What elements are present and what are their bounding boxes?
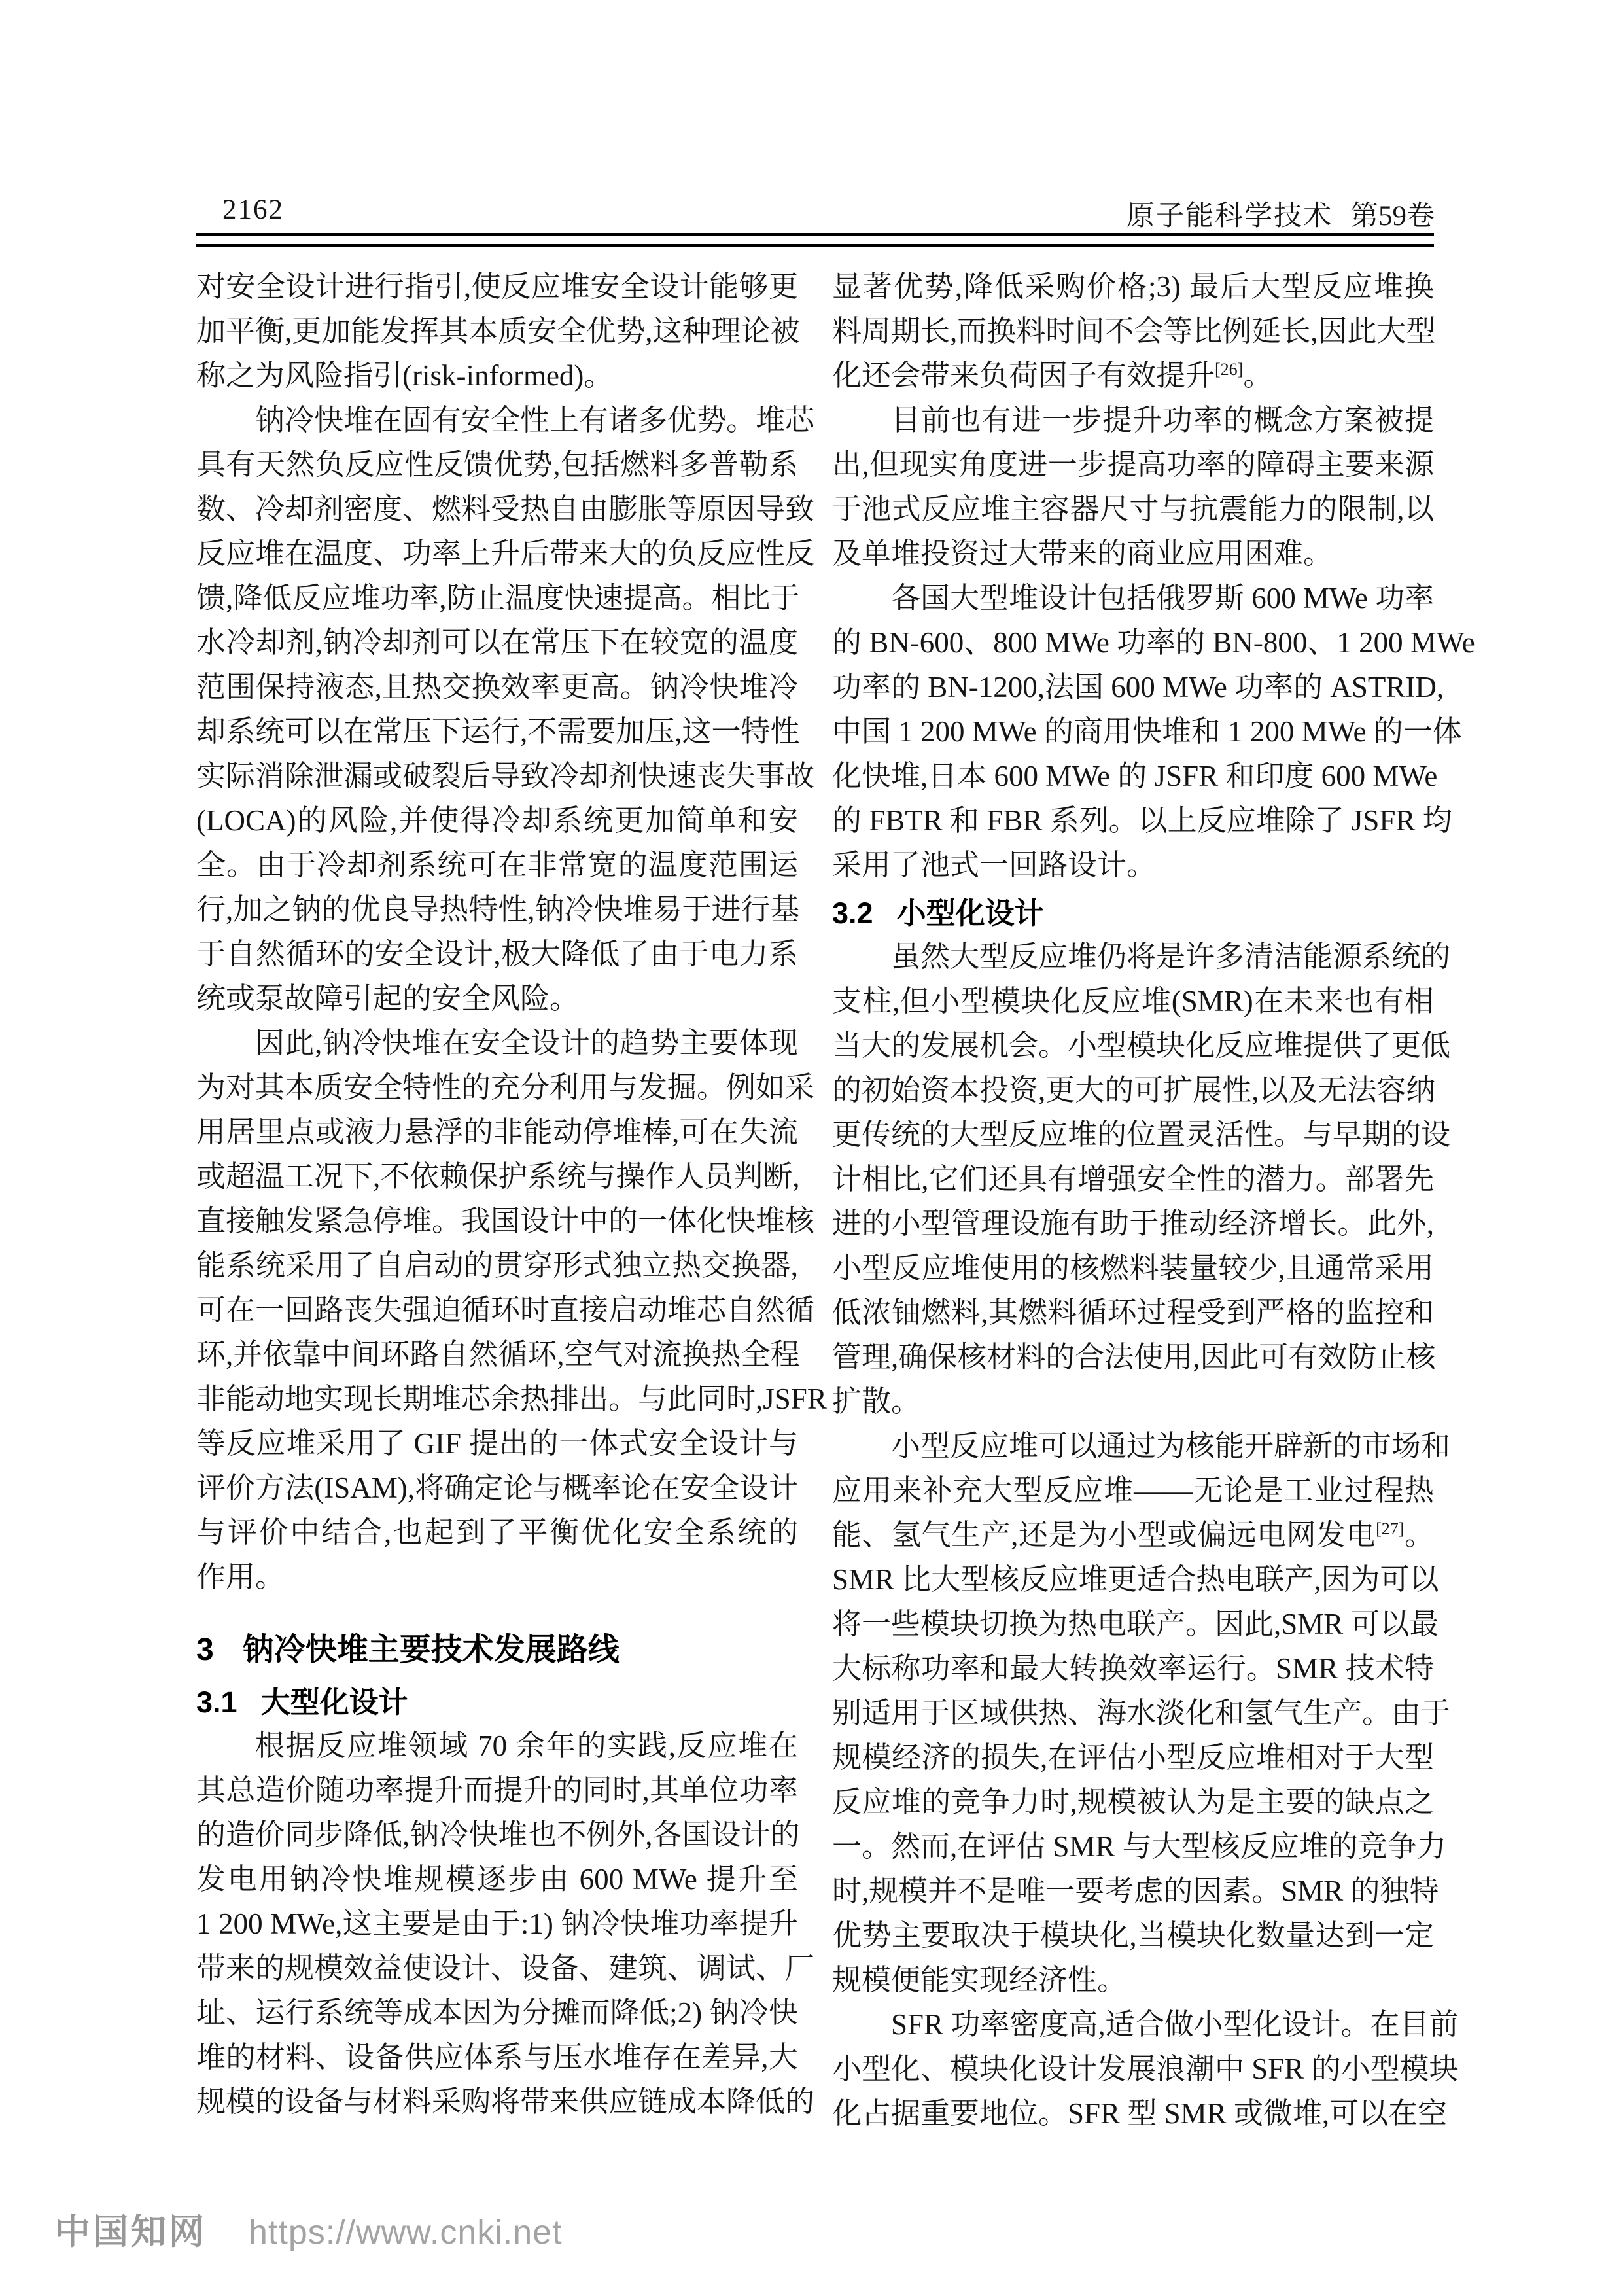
paragraph: 虽然大型反应堆仍将是许多清洁能源系统的支柱,但小型模块化反应堆(SMR)在未来也… xyxy=(832,934,1434,1424)
text-line: 当大的发展机会。小型模块化反应堆提供了更低 xyxy=(832,1023,1434,1068)
page-header: 2162 原子能科学技术 第59卷 xyxy=(0,194,1623,226)
heading-number: 3.1 xyxy=(196,1686,237,1719)
text-line: 称之为风险指引(risk-informed)。 xyxy=(196,353,798,398)
text-line: 显著优势,降低采购价格;3) 最后大型反应堆换 xyxy=(832,264,1434,309)
text-line: SMR 比大型核反应堆更适合热电联产,因为可以 xyxy=(832,1557,1434,1602)
text-line: 对安全设计进行指引,使反应堆安全设计能够更 xyxy=(196,264,798,309)
text-line: 作用。 xyxy=(196,1555,798,1599)
text-line: 低浓铀燃料,其燃料循环过程受到严格的监控和 xyxy=(832,1290,1434,1335)
text-line: 小型反应堆可以通过为核能开辟新的市场和 xyxy=(832,1424,1434,1468)
text-line: 发电用钠冷快堆规模逐步由 600 MWe 提升至 xyxy=(196,1857,798,1901)
paragraph: 根据反应堆领域 70 余年的实践,反应堆在其总造价随功率提升而提升的同时,其单位… xyxy=(196,1723,798,2124)
heading-number: 3.2 xyxy=(832,896,873,930)
text-line: 行,加之钠的优良导热特性,钠冷快堆易于进行基 xyxy=(196,887,798,932)
text-line: 化快堆,日本 600 MWe 的 JSFR 和印度 600 MWe xyxy=(832,754,1434,798)
text-line: 等反应堆采用了 GIF 提出的一体式安全设计与 xyxy=(196,1421,798,1466)
text-line: 全。由于冷却剂系统可在非常宽的温度范围运 xyxy=(196,843,798,887)
text-line: 反应堆在温度、功率上升后带来大的负反应性反 xyxy=(196,531,798,576)
column-left: 对安全设计进行指引,使反应堆安全设计能够更加平衡,更加能发挥其本质安全优势,这种… xyxy=(196,264,798,2136)
text-line: 其总造价随功率提升而提升的同时,其单位功率 xyxy=(196,1768,798,1812)
cnki-watermark: 中国知网 xyxy=(55,2204,207,2254)
text-line: 加平衡,更加能发挥其本质安全优势,这种理论被 xyxy=(196,309,798,353)
citation-superscript: [26] xyxy=(1215,360,1243,379)
text-line: 与评价中结合,也起到了平衡优化安全系统的 xyxy=(196,1510,798,1555)
text-line: 非能动地实现长期堆芯余热排出。与此同时,JSFR xyxy=(196,1377,798,1421)
text-line: 可在一回路丧失强迫循环时直接启动堆芯自然循 xyxy=(196,1288,798,1332)
text-line: 及单堆投资过大带来的商业应用困难。 xyxy=(832,531,1434,576)
text-line: 馈,降低反应堆功率,防止温度快速提高。相比于 xyxy=(196,576,798,620)
citation-superscript: [27] xyxy=(1376,1519,1404,1538)
paragraph: 因此,钠冷快堆在安全设计的趋势主要体现为对其本质安全特性的充分利用与发掘。例如采… xyxy=(196,1021,798,1599)
section-heading: 3钠冷快堆主要技术发展路线 xyxy=(196,1624,798,1676)
text-line: 将一些模块切换为热电联产。因此,SMR 可以最 xyxy=(832,1602,1434,1646)
paragraph: 目前也有进一步提升功率的概念方案被提出,但现实角度进一步提高功率的障碍主要来源于… xyxy=(832,398,1434,576)
heading-title: 钠冷快堆主要技术发展路线 xyxy=(243,1633,620,1667)
text-line: 支柱,但小型模块化反应堆(SMR)在未来也有相 xyxy=(832,979,1434,1023)
text-line: 进的小型管理设施有助于推动经济增长。此外, xyxy=(832,1201,1434,1246)
text-line: 钠冷快堆在固有安全性上有诸多优势。堆芯 xyxy=(196,398,798,442)
subsection-heading: 3.2小型化设计 xyxy=(832,892,1434,934)
paragraph: 小型反应堆可以通过为核能开辟新的市场和应用来补充大型反应堆——无论是工业过程热能… xyxy=(832,1424,1434,2002)
text-line: 时,规模并不是唯一要考虑的因素。SMR 的独特 xyxy=(832,1869,1434,1913)
text-line: 范围保持液态,且热交换效率更高。钠冷快堆冷 xyxy=(196,665,798,709)
text-line: 的造价同步降低,钠冷快堆也不例外,各国设计的 xyxy=(196,1812,798,1857)
article-body: 对安全设计进行指引,使反应堆安全设计能够更加平衡,更加能发挥其本质安全优势,这种… xyxy=(196,264,1434,2136)
text-line: 规模经济的损失,在评估小型反应堆相对于大型 xyxy=(832,1735,1434,1780)
heading-title: 大型化设计 xyxy=(261,1686,408,1719)
text-line: 一。然而,在评估 SMR 与大型核反应堆的竞争力 xyxy=(832,1824,1434,1869)
text-line: 大标称功率和最大转换效率运行。SMR 技术特 xyxy=(832,1646,1434,1691)
text-line: 带来的规模效益使设计、设备、建筑、调试、厂 xyxy=(196,1946,798,1990)
text-line: 规模的设备与材料采购将带来供应链成本降低的 xyxy=(196,2079,798,2124)
text-line: 用居里点或液力悬浮的非能动停堆棒,可在失流 xyxy=(196,1110,798,1154)
text-line: 的 FBTR 和 FBR 系列。以上反应堆除了 JSFR 均 xyxy=(832,798,1434,843)
paragraph: 显著优势,降低采购价格;3) 最后大型反应堆换料周期长,而换料时间不会等比例延长… xyxy=(832,264,1434,398)
text-line: 环,并依靠中间环路自然循环,空气对流换热全程 xyxy=(196,1332,798,1377)
text-line: 管理,确保核材料的合法使用,因此可有效防止核 xyxy=(832,1335,1434,1379)
text-line: 更传统的大型反应堆的位置灵活性。与早期的设 xyxy=(832,1112,1434,1157)
text-line: SFR 功率密度高,适合做小型化设计。在目前 xyxy=(832,2002,1434,2047)
text-line: 为对其本质安全特性的充分利用与发掘。例如采 xyxy=(196,1065,798,1110)
text-line: 1 200 MWe,这主要是由于:1) 钠冷快堆功率提升 xyxy=(196,1901,798,1946)
heading-number: 3 xyxy=(196,1633,214,1667)
column-right: 显著优势,降低采购价格;3) 最后大型反应堆换料周期长,而换料时间不会等比例延长… xyxy=(832,264,1434,2136)
text-line: 址、运行系统等成本因为分摊而降低;2) 钠冷快 xyxy=(196,1990,798,2035)
paragraph: SFR 功率密度高,适合做小型化设计。在目前小型化、模块化设计发展浪潮中 SFR… xyxy=(832,2002,1434,2136)
cnki-url: https://www.cnki.net xyxy=(249,2213,563,2252)
subsection-heading: 3.1大型化设计 xyxy=(196,1682,798,1723)
text-line: 小型反应堆使用的核燃料装量较少,且通常采用 xyxy=(832,1246,1434,1290)
text-line: 却系统可以在常压下运行,不需要加压,这一特性 xyxy=(196,709,798,754)
header-double-rule xyxy=(196,233,1434,247)
text-line: 功率的 BN-1200,法国 600 MWe 功率的 ASTRID, xyxy=(832,665,1434,709)
journal-title: 原子能科学技术 xyxy=(1126,194,1333,234)
text-line: 于池式反应堆主容器尺寸与抗震能力的限制,以 xyxy=(832,487,1434,531)
text-line: 能系统采用了自启动的贯穿形式独立热交换器, xyxy=(196,1243,798,1288)
text-line: 反应堆的竞争力时,规模被认为是主要的缺点之 xyxy=(832,1780,1434,1824)
text-line: 的 BN-600、800 MWe 功率的 BN-800、1 200 MWe xyxy=(832,620,1434,665)
text-line: 采用了池式一回路设计。 xyxy=(832,843,1434,887)
text-line: 中国 1 200 MWe 的商用快堆和 1 200 MWe 的一体 xyxy=(832,709,1434,754)
text-line: 数、冷却剂密度、燃料受热自由膨胀等原因导致 xyxy=(196,487,798,531)
text-line: 优势主要取决于模块化,当模块化数量达到一定 xyxy=(832,1913,1434,1958)
text-line: 水冷却剂,钠冷却剂可以在常压下在较宽的温度 xyxy=(196,620,798,665)
text-line: 堆的材料、设备供应体系与压水堆存在差异,大 xyxy=(196,2035,798,2079)
text-line: 或超温工况下,不依赖保护系统与操作人员判断, xyxy=(196,1154,798,1199)
text-line: 因此,钠冷快堆在安全设计的趋势主要体现 xyxy=(196,1021,798,1065)
text-line: 各国大型堆设计包括俄罗斯 600 MWe 功率 xyxy=(832,576,1434,620)
paragraph: 各国大型堆设计包括俄罗斯 600 MWe 功率的 BN-600、800 MWe … xyxy=(832,576,1434,887)
text-line: 能、氢气生产,还是为小型或偏远电网发电[27]。 xyxy=(832,1513,1434,1557)
journal-page: 2162 原子能科学技术 第59卷 对安全设计进行指引,使反应堆安全设计能够更加… xyxy=(0,0,1623,2296)
text-line: 料周期长,而换料时间不会等比例延长,因此大型 xyxy=(832,309,1434,353)
text-line: 根据反应堆领域 70 余年的实践,反应堆在 xyxy=(196,1723,798,1768)
text-line: 虽然大型反应堆仍将是许多清洁能源系统的 xyxy=(832,934,1434,979)
volume-label: 第59卷 xyxy=(1350,194,1435,234)
text-line: 出,但现实角度进一步提高功率的障碍主要来源 xyxy=(832,442,1434,487)
text-line: (LOCA)的风险,并使得冷却系统更加简单和安 xyxy=(196,798,798,843)
text-line: 目前也有进一步提升功率的概念方案被提 xyxy=(832,398,1434,442)
paragraph: 对安全设计进行指引,使反应堆安全设计能够更加平衡,更加能发挥其本质安全优势,这种… xyxy=(196,264,798,398)
page-number: 2162 xyxy=(222,194,284,226)
text-line: 规模便能实现经济性。 xyxy=(832,1958,1434,2002)
page-footer: 中国知网 https://www.cnki.net xyxy=(55,2204,563,2246)
text-line: 评价方法(ISAM),将确定论与概率论在安全设计 xyxy=(196,1466,798,1510)
text-line: 化占据重要地位。SFR 型 SMR 或微堆,可以在空 xyxy=(832,2091,1434,2136)
text-line: 直接触发紧急停堆。我国设计中的一体化快堆核 xyxy=(196,1199,798,1243)
text-line: 扩散。 xyxy=(832,1379,1434,1424)
paragraph: 钠冷快堆在固有安全性上有诸多优势。堆芯具有天然负反应性反馈优势,包括燃料多普勒系… xyxy=(196,398,798,1021)
text-line: 计相比,它们还具有增强安全性的潜力。部署先 xyxy=(832,1157,1434,1201)
text-line: 统或泵故障引起的安全风险。 xyxy=(196,976,798,1021)
text-line: 具有天然负反应性反馈优势,包括燃料多普勒系 xyxy=(196,442,798,487)
text-line: 应用来补充大型反应堆——无论是工业过程热 xyxy=(832,1468,1434,1513)
text-line: 于自然循环的安全设计,极大降低了由于电力系 xyxy=(196,932,798,976)
text-line: 的初始资本投资,更大的可扩展性,以及无法容纳 xyxy=(832,1068,1434,1112)
text-line: 化还会带来负荷因子有效提升[26]。 xyxy=(832,353,1434,398)
text-line: 别适用于区域供热、海水淡化和氢气生产。由于 xyxy=(832,1691,1434,1735)
heading-title: 小型化设计 xyxy=(897,896,1044,930)
text-line: 小型化、模块化设计发展浪潮中 SFR 的小型模块 xyxy=(832,2047,1434,2091)
text-line: 实际消除泄漏或破裂后导致冷却剂快速丧失事故 xyxy=(196,754,798,798)
